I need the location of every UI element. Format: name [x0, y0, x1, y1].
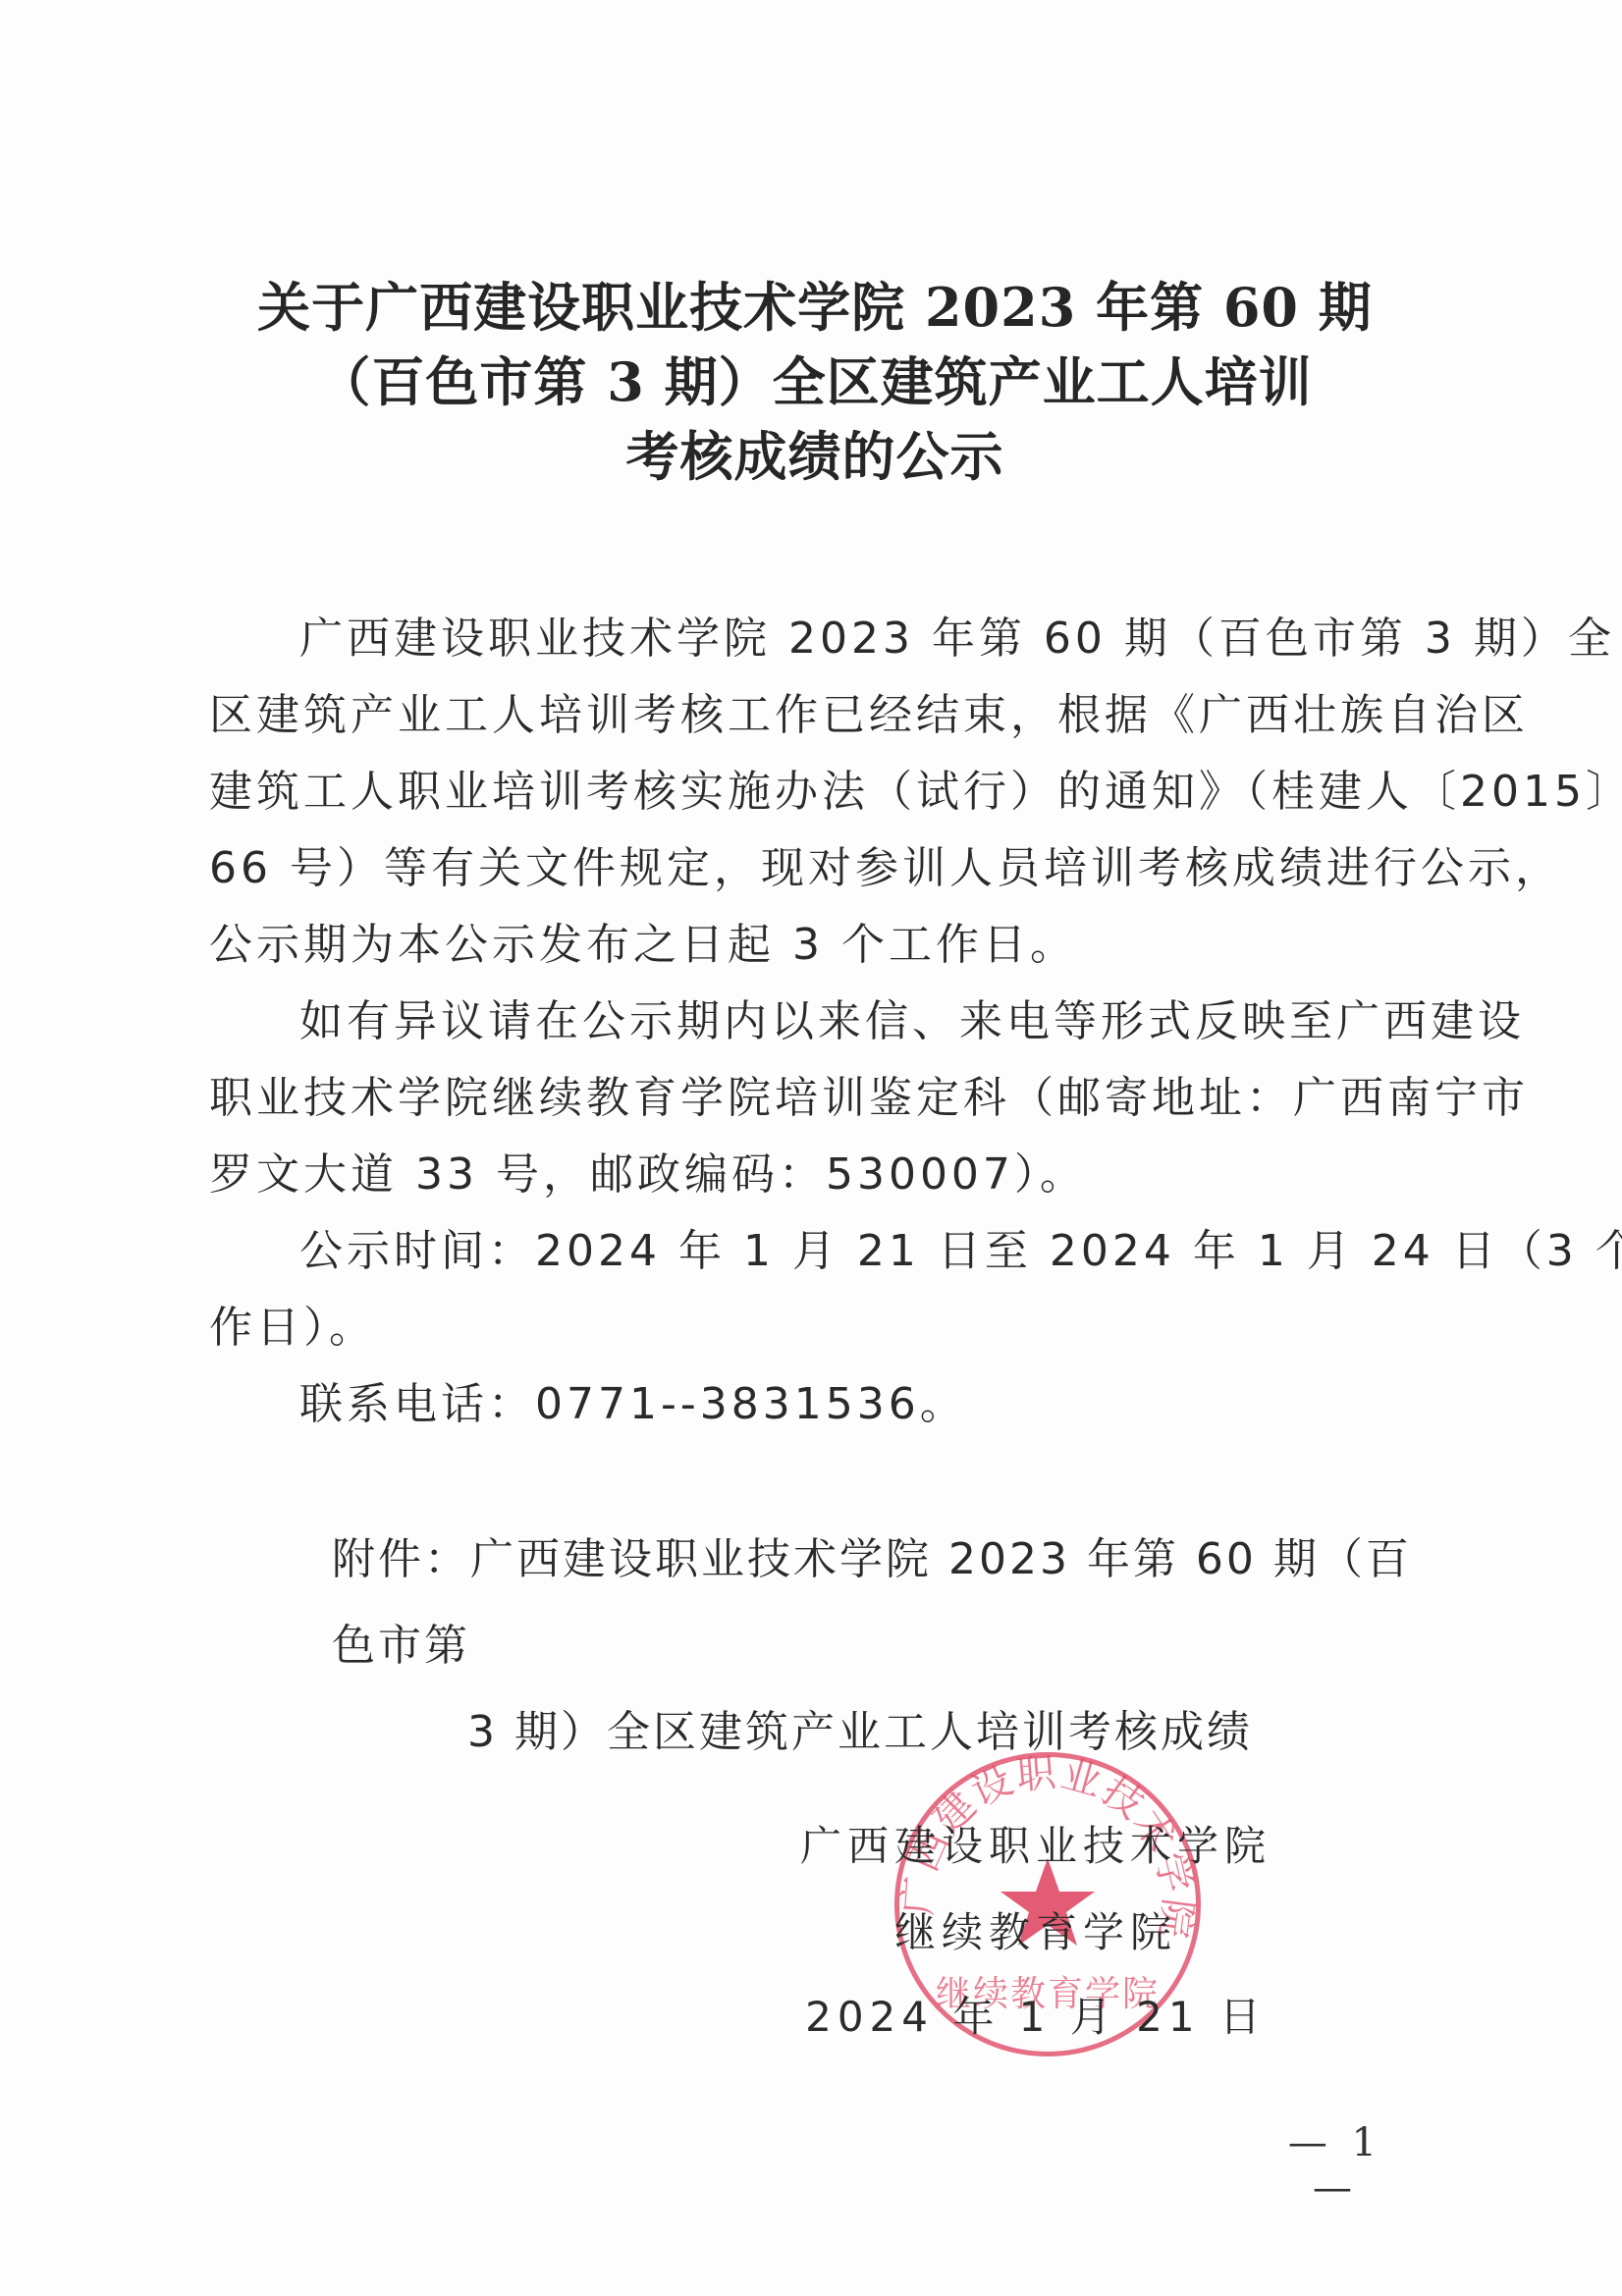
paragraph-objection: 如有异议请在公示期内以来信、来电等形式反映至广西建设 职业技术学院继续教育学院培… — [209, 984, 1413, 1213]
paragraph-period: 公示时间：2024 年 1 月 21 日至 2024 年 1 月 24 日（3 … — [209, 1213, 1413, 1366]
signature-date: 2024 年 1 月 21 日 — [785, 1985, 1286, 2044]
document-body: 广西建设职业技术学院 2023 年第 60 期（百色市第 3 期）全 区建筑产业… — [209, 601, 1413, 1443]
signature-dept: 继续教育学院 — [785, 1900, 1286, 1959]
text-line: 公示期为本公示发布之日起 3 个工作日。 — [209, 907, 1413, 984]
paragraph-announcement: 广西建设职业技术学院 2023 年第 60 期（百色市第 3 期）全 区建筑产业… — [209, 601, 1413, 984]
text-line: 职业技术学院继续教育学院培训鉴定科（邮寄地址：广西南宁市 — [209, 1060, 1413, 1137]
attachment-line: 附件：广西建设职业技术学院 2023 年第 60 期（百色市第 — [332, 1517, 1422, 1689]
title-line: 考核成绩的公示 — [196, 419, 1433, 494]
text-line: 区建筑产业工人培训考核工作已经结束，根据《广西壮族自治区 — [209, 677, 1413, 754]
text-line: 建筑工人职业培训考核实施办法（试行）的通知》（桂建人〔2015〕 — [209, 754, 1413, 830]
text-line: 罗文大道 33 号，邮政编码：530007）。 — [209, 1137, 1413, 1213]
document-page: 关于广西建设职业技术学院 2023 年第 60 期 （百色市第 3 期）全区建筑… — [0, 0, 1622, 2296]
attachment-line: 3 期）全区建筑产业工人培训考核成绩 — [332, 1689, 1422, 1776]
title-line: 关于广西建设职业技术学院 2023 年第 60 期 — [196, 270, 1433, 345]
contact-phone: 联系电话：0771--3831536。 — [209, 1366, 1413, 1443]
text-line: 如有异议请在公示期内以来信、来电等形式反映至广西建设 — [209, 984, 1413, 1060]
title-line: （百色市第 3 期）全区建筑产业工人培训 — [196, 345, 1433, 419]
text-line: 广西建设职业技术学院 2023 年第 60 期（百色市第 3 期）全 — [209, 601, 1413, 677]
text-line: 作日）。 — [209, 1290, 1413, 1366]
document-title: 关于广西建设职业技术学院 2023 年第 60 期 （百色市第 3 期）全区建筑… — [196, 270, 1433, 494]
attachment-note: 附件：广西建设职业技术学院 2023 年第 60 期（百色市第 3 期）全区建筑… — [332, 1517, 1422, 1776]
text-line: 公示时间：2024 年 1 月 21 日至 2024 年 1 月 24 日（3 … — [209, 1213, 1413, 1290]
page-number: — 1 — — [1257, 2120, 1414, 2211]
text-line: 66 号）等有关文件规定，现对参训人员培训考核成绩进行公示， — [209, 830, 1413, 907]
paragraph-contact: 联系电话：0771--3831536。 — [209, 1366, 1413, 1443]
signature-org: 广西建设职业技术学院 — [785, 1814, 1286, 1873]
